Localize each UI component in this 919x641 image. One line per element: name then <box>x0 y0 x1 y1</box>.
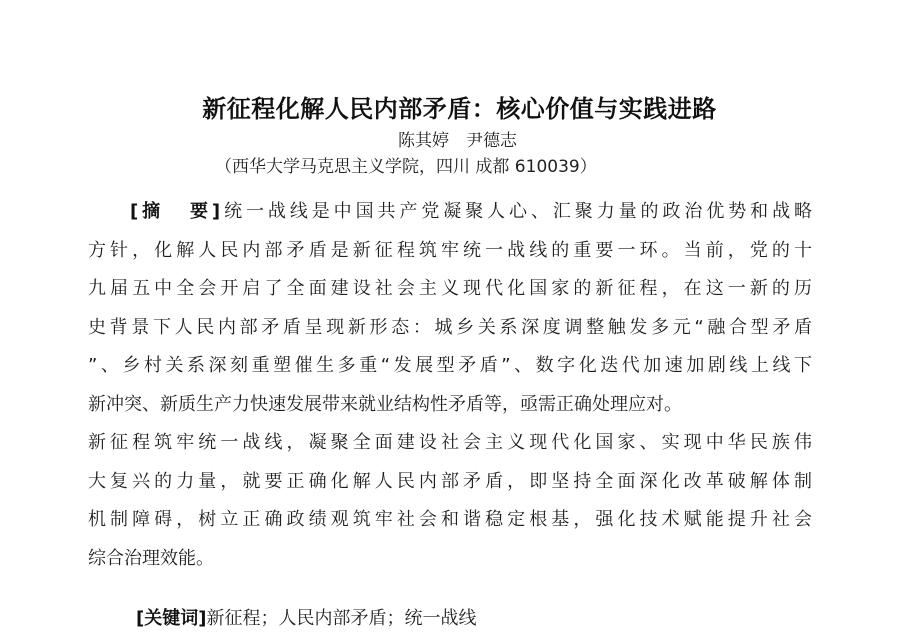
paper-authors: 陈其婷 尹德志 <box>398 126 517 151</box>
abstract-line: 方针，化解人民内部矛盾是新征程筑牢统一战线的重要一环。当前，党的十 <box>88 232 812 271</box>
keywords-label: [关键词] <box>136 608 206 629</box>
abstract-line: 机制障碍，树立正确政绩观筑牢社会和谐稳定根基，强化技术赋能提升社会 <box>88 501 812 540</box>
paper-affiliation: （西华大学马克思主义学院，四川 成都 610039） <box>215 152 597 177</box>
keywords-text: 新征程；人民内部矛盾；统一战线 <box>206 608 476 629</box>
abstract-line: ”、乡村关系深刻重塑催生多重“发展型矛盾”、数字化迭代加速加剧线上线下 <box>88 347 812 386</box>
abstract-line: 九届五中全会开启了全面建设社会主义现代化国家的新征程，在这一新的历 <box>88 270 812 309</box>
abstract-line: [摘要]统一战线是中国共产党凝聚人心、汇聚力量的政治优势和战略 <box>88 193 812 232</box>
abstract-line: 新冲突、新质生产力快速发展带来就业结构性矛盾等，亟需正确处理应对。 <box>88 386 812 425</box>
abstract-line: 新征程筑牢统一战线，凝聚全面建设社会主义现代化国家、实现中华民族伟 <box>88 424 812 463</box>
abstract-line: 综合治理效能。 <box>88 540 812 579</box>
abstract-section: [摘要]统一战线是中国共产党凝聚人心、汇聚力量的政治优势和战略 方针，化解人民内… <box>88 193 812 578</box>
abstract-label: [摘要] <box>130 201 220 222</box>
abstract-line: 史背景下人民内部矛盾呈现新形态：城乡关系深度调整触发多元“融合型矛盾 <box>88 309 812 348</box>
paper-title: 新征程化解人民内部矛盾：核心价值与实践进路 <box>0 89 919 124</box>
keywords-section: [关键词]新征程；人民内部矛盾；统一战线 <box>136 601 476 637</box>
abstract-line: 大复兴的力量，就要正确化解人民内部矛盾，即坚持全面深化改革破解体制 <box>88 463 812 502</box>
